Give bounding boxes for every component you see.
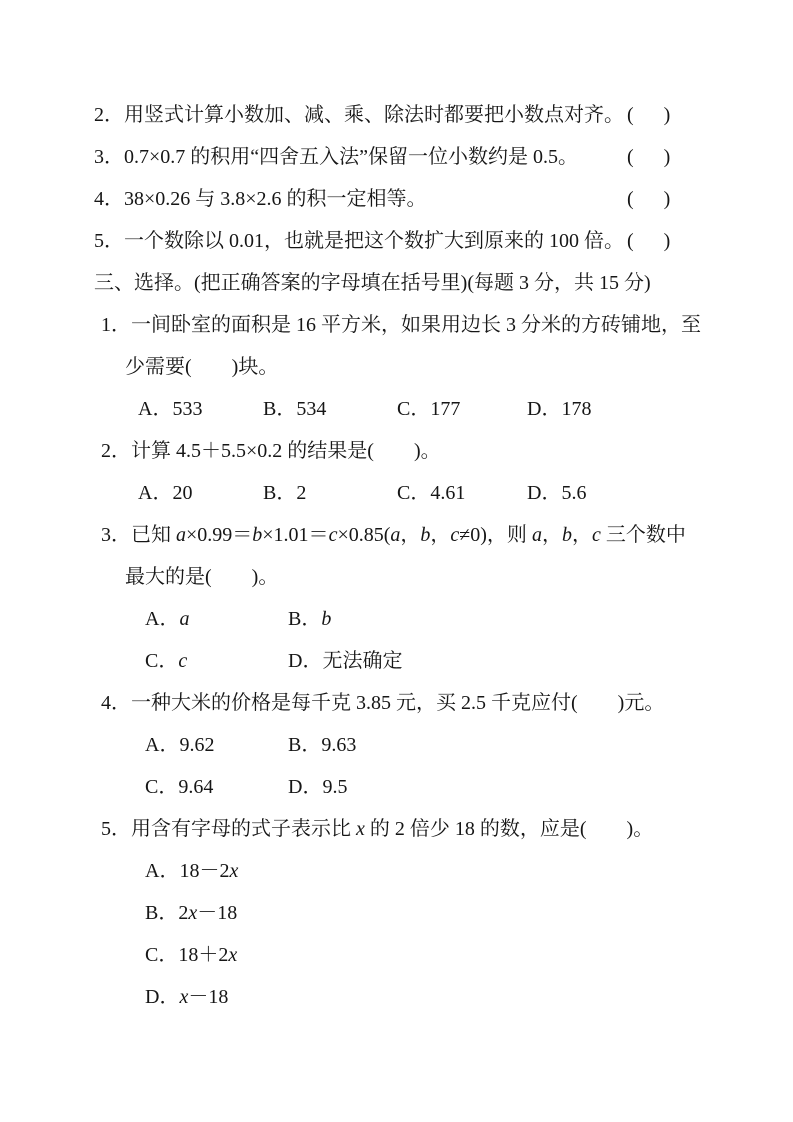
question-4-options-row-1: A．9.62 B．9.63 <box>94 724 743 766</box>
question-2-options: A．20 B．2 C．4.61 D．5.6 <box>94 472 743 514</box>
question-1-stem: 1．一间卧室的面积是 16 平方米，如果用边长 3 分米的方砖铺地，至 <box>101 304 743 346</box>
option-d: D．5.6 <box>527 472 586 514</box>
item-text: 用竖式计算小数加、减、乘、除法时都要把小数点对齐。 <box>124 104 624 126</box>
exam-worksheet-page: 2．用竖式计算小数加、减、乘、除法时都要把小数点对齐。 () 3．0.7×0.7… <box>0 0 793 1122</box>
option-a: A．a <box>145 598 189 640</box>
paren-open: ( <box>627 188 634 210</box>
question-4-options-row-2: C．9.64 D．9.5 <box>94 766 743 808</box>
question-1-stem-continued: 少需要( )块。 <box>125 346 743 388</box>
question-2-stem: 2．计算 4.5＋5.5×0.2 的结果是( )。 <box>101 430 743 472</box>
option-d: D．x－18 <box>145 976 228 1018</box>
option-a: A．533 <box>138 388 202 430</box>
question-3-stem: 3．已知 a×0.99＝b×1.01＝c×0.85(a，b，c≠0)，则 a，b… <box>101 514 743 556</box>
option-b: B．b <box>288 598 331 640</box>
item-number: 4． <box>94 188 124 210</box>
paren-close: ) <box>664 104 671 126</box>
question-3-options-row-1: A．a B．b <box>94 598 743 640</box>
judge-item-5: 5．一个数除以 0.01，也就是把这个数扩大到原来的 100 倍。 () <box>94 220 743 262</box>
item-text: 一个数除以 0.01，也就是把这个数扩大到原来的 100 倍。 <box>124 230 624 252</box>
section-three-title: 三、选择。(把正确答案的字母填在括号里)(每题 3 分，共 15 分) <box>94 262 743 304</box>
judge-item-4: 4．38×0.26 与 3.8×2.6 的积一定相等。 () <box>94 178 743 220</box>
question-text: 一间卧室的面积是 16 平方米，如果用边长 3 分米的方砖铺地，至 <box>131 314 701 336</box>
question-text: 用含有字母的式子表示比 x 的 2 倍少 18 的数，应是( )。 <box>131 818 653 840</box>
question-4-stem: 4．一种大米的价格是每千克 3.85 元，买 2.5 千克应付( )元。 <box>101 682 743 724</box>
question-3-stem-continued: 最大的是( )。 <box>125 556 743 598</box>
option-c: C．9.64 <box>145 766 213 808</box>
question-5-option-a-row: A．18－2x <box>94 850 743 892</box>
question-text: 计算 4.5＋5.5×0.2 的结果是( )。 <box>131 440 441 462</box>
item-number: 3． <box>94 146 124 168</box>
question-number: 4． <box>101 692 131 714</box>
option-a: A．18－2x <box>145 850 238 892</box>
item-text: 0.7×0.7 的积用“四舍五入法”保留一位小数约是 0.5。 <box>124 146 578 168</box>
option-d: D．无法确定 <box>288 640 402 682</box>
item-number: 2． <box>94 104 124 126</box>
option-c: C．18＋2x <box>145 934 237 976</box>
paren-open: ( <box>627 230 634 252</box>
item-number: 5． <box>94 230 124 252</box>
paren-close: ) <box>664 188 671 210</box>
question-text: 一种大米的价格是每千克 3.85 元，买 2.5 千克应付( )元。 <box>131 692 664 714</box>
question-3-options-row-2: C．c D．无法确定 <box>94 640 743 682</box>
question-number: 1． <box>101 314 131 336</box>
option-b: B．2x－18 <box>145 892 237 934</box>
item-text: 38×0.26 与 3.8×2.6 的积一定相等。 <box>124 188 427 210</box>
answer-parentheses: () <box>627 136 670 178</box>
question-5-option-c-row: C．18＋2x <box>94 934 743 976</box>
option-b: B．534 <box>263 388 326 430</box>
option-b: B．9.63 <box>288 724 356 766</box>
answer-parentheses: () <box>627 220 670 262</box>
option-c: C．177 <box>397 388 460 430</box>
question-number: 5． <box>101 818 131 840</box>
option-c: C．c <box>145 640 187 682</box>
paren-close: ) <box>664 230 671 252</box>
paren-close: ) <box>664 146 671 168</box>
option-d: D．9.5 <box>288 766 347 808</box>
judge-item-2: 2．用竖式计算小数加、减、乘、除法时都要把小数点对齐。 () <box>94 94 743 136</box>
answer-parentheses: () <box>627 94 670 136</box>
question-5-option-d-row: D．x－18 <box>94 976 743 1018</box>
paren-open: ( <box>627 104 634 126</box>
option-c: C．4.61 <box>397 472 465 514</box>
option-d: D．178 <box>527 388 591 430</box>
judge-item-3: 3．0.7×0.7 的积用“四舍五入法”保留一位小数约是 0.5。 () <box>94 136 743 178</box>
option-a: A．9.62 <box>145 724 214 766</box>
question-number: 2． <box>101 440 131 462</box>
question-text: 已知 a×0.99＝b×1.01＝c×0.85(a，b，c≠0)，则 a，b，c… <box>131 524 686 546</box>
option-a: A．20 <box>138 472 192 514</box>
question-1-options: A．533 B．534 C．177 D．178 <box>94 388 743 430</box>
question-5-stem: 5．用含有字母的式子表示比 x 的 2 倍少 18 的数，应是( )。 <box>101 808 743 850</box>
answer-parentheses: () <box>627 178 670 220</box>
question-5-option-b-row: B．2x－18 <box>94 892 743 934</box>
paren-open: ( <box>627 146 634 168</box>
option-b: B．2 <box>263 472 306 514</box>
question-number: 3． <box>101 524 131 546</box>
